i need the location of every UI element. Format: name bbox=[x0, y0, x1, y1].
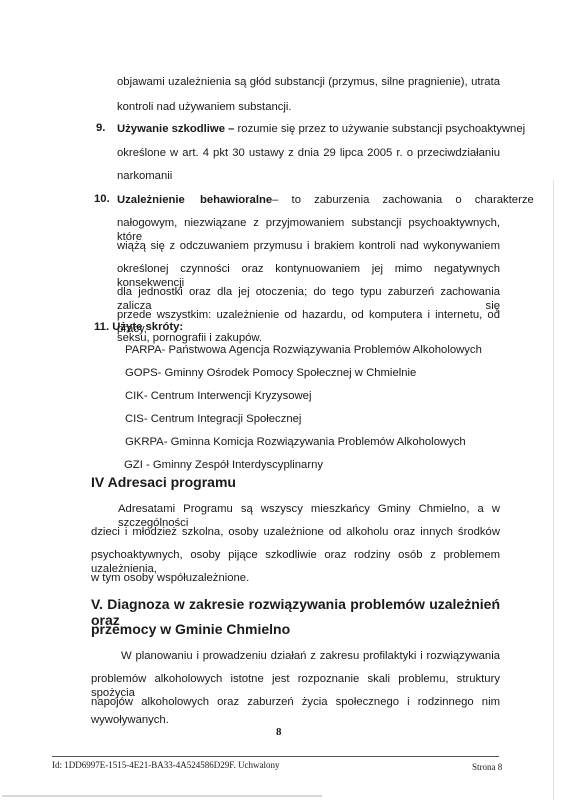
term: Użyte skróty: bbox=[112, 321, 183, 333]
footer-page-label: Strona 8 bbox=[472, 762, 502, 772]
list-number: 9. bbox=[96, 122, 105, 134]
list-number: 10. bbox=[94, 193, 110, 205]
paragraph-line: określone w art. 4 pkt 30 ustawy z dnia … bbox=[117, 146, 500, 160]
document-page: objawami uzależnienia są głód substancji… bbox=[0, 0, 565, 800]
term: Używanie szkodliwe – bbox=[117, 123, 234, 135]
paragraph-line: wywoływanych. bbox=[91, 713, 169, 727]
page-number: 8 bbox=[276, 726, 282, 738]
list-item-9: Używanie szkodliwe – rozumie się przez t… bbox=[117, 122, 500, 136]
paragraph-line: narkomanii bbox=[117, 169, 172, 183]
abbreviation-item: GOPS- Gminny Ośrodek Pomocy Społecznej w… bbox=[125, 366, 416, 380]
abbreviation-item: CIK- Centrum Interwencji Kryzysowej bbox=[125, 389, 311, 403]
abbreviation-item: GKRPA- Gminna Komicja Rozwiązywania Prob… bbox=[125, 435, 466, 449]
paragraph-line: w tym osoby współuzależnione. bbox=[91, 571, 249, 585]
abbreviation-item: CIS- Centrum Integracji Społecznej bbox=[125, 412, 301, 426]
paragraph-line: W planowaniu i prowadzeniu działań z zak… bbox=[121, 649, 500, 663]
definition: – to zaburzenia zachowania o charakterze bbox=[272, 193, 534, 207]
paragraph-line: objawami uzależnienia są głód substancji… bbox=[117, 75, 500, 89]
footer-divider bbox=[52, 756, 499, 757]
list-item-10: Uzależnienie behawioralne – to zaburzeni… bbox=[117, 193, 500, 207]
section-heading-continued: przemocy w Gminie Chmielno bbox=[91, 621, 290, 637]
paragraph-line: wiążą się z odczuwaniem przymusu i braki… bbox=[117, 239, 500, 253]
list-number: 11. bbox=[94, 321, 109, 333]
paragraph-line: napojów alkoholowych oraz zaburzeń życia… bbox=[91, 695, 500, 709]
abbreviation-item: PARPA- Państwowa Agencja Rozwiązywania P… bbox=[125, 343, 482, 357]
paragraph-line: kontroli nad używaniem substancji. bbox=[117, 100, 292, 114]
definition: rozumie się przez to używanie substancji… bbox=[234, 123, 525, 135]
list-item-11: 11. Użyte skróty: bbox=[94, 320, 183, 334]
abbreviation-item: GZI - Gminny Zespół Interdyscyplinarny bbox=[124, 458, 323, 472]
section-heading: IV Adresaci programu bbox=[91, 474, 236, 490]
page-edge-bottom bbox=[2, 795, 322, 797]
term: Uzależnienie behawioralne bbox=[117, 193, 272, 207]
document-id: Id: 1DD6997E-1515-4E21-BA33-4A524586D29F… bbox=[52, 760, 280, 770]
paragraph-line: dzieci i młodzież szkolna, osoby uzależn… bbox=[91, 525, 500, 539]
page-edge bbox=[553, 180, 554, 800]
